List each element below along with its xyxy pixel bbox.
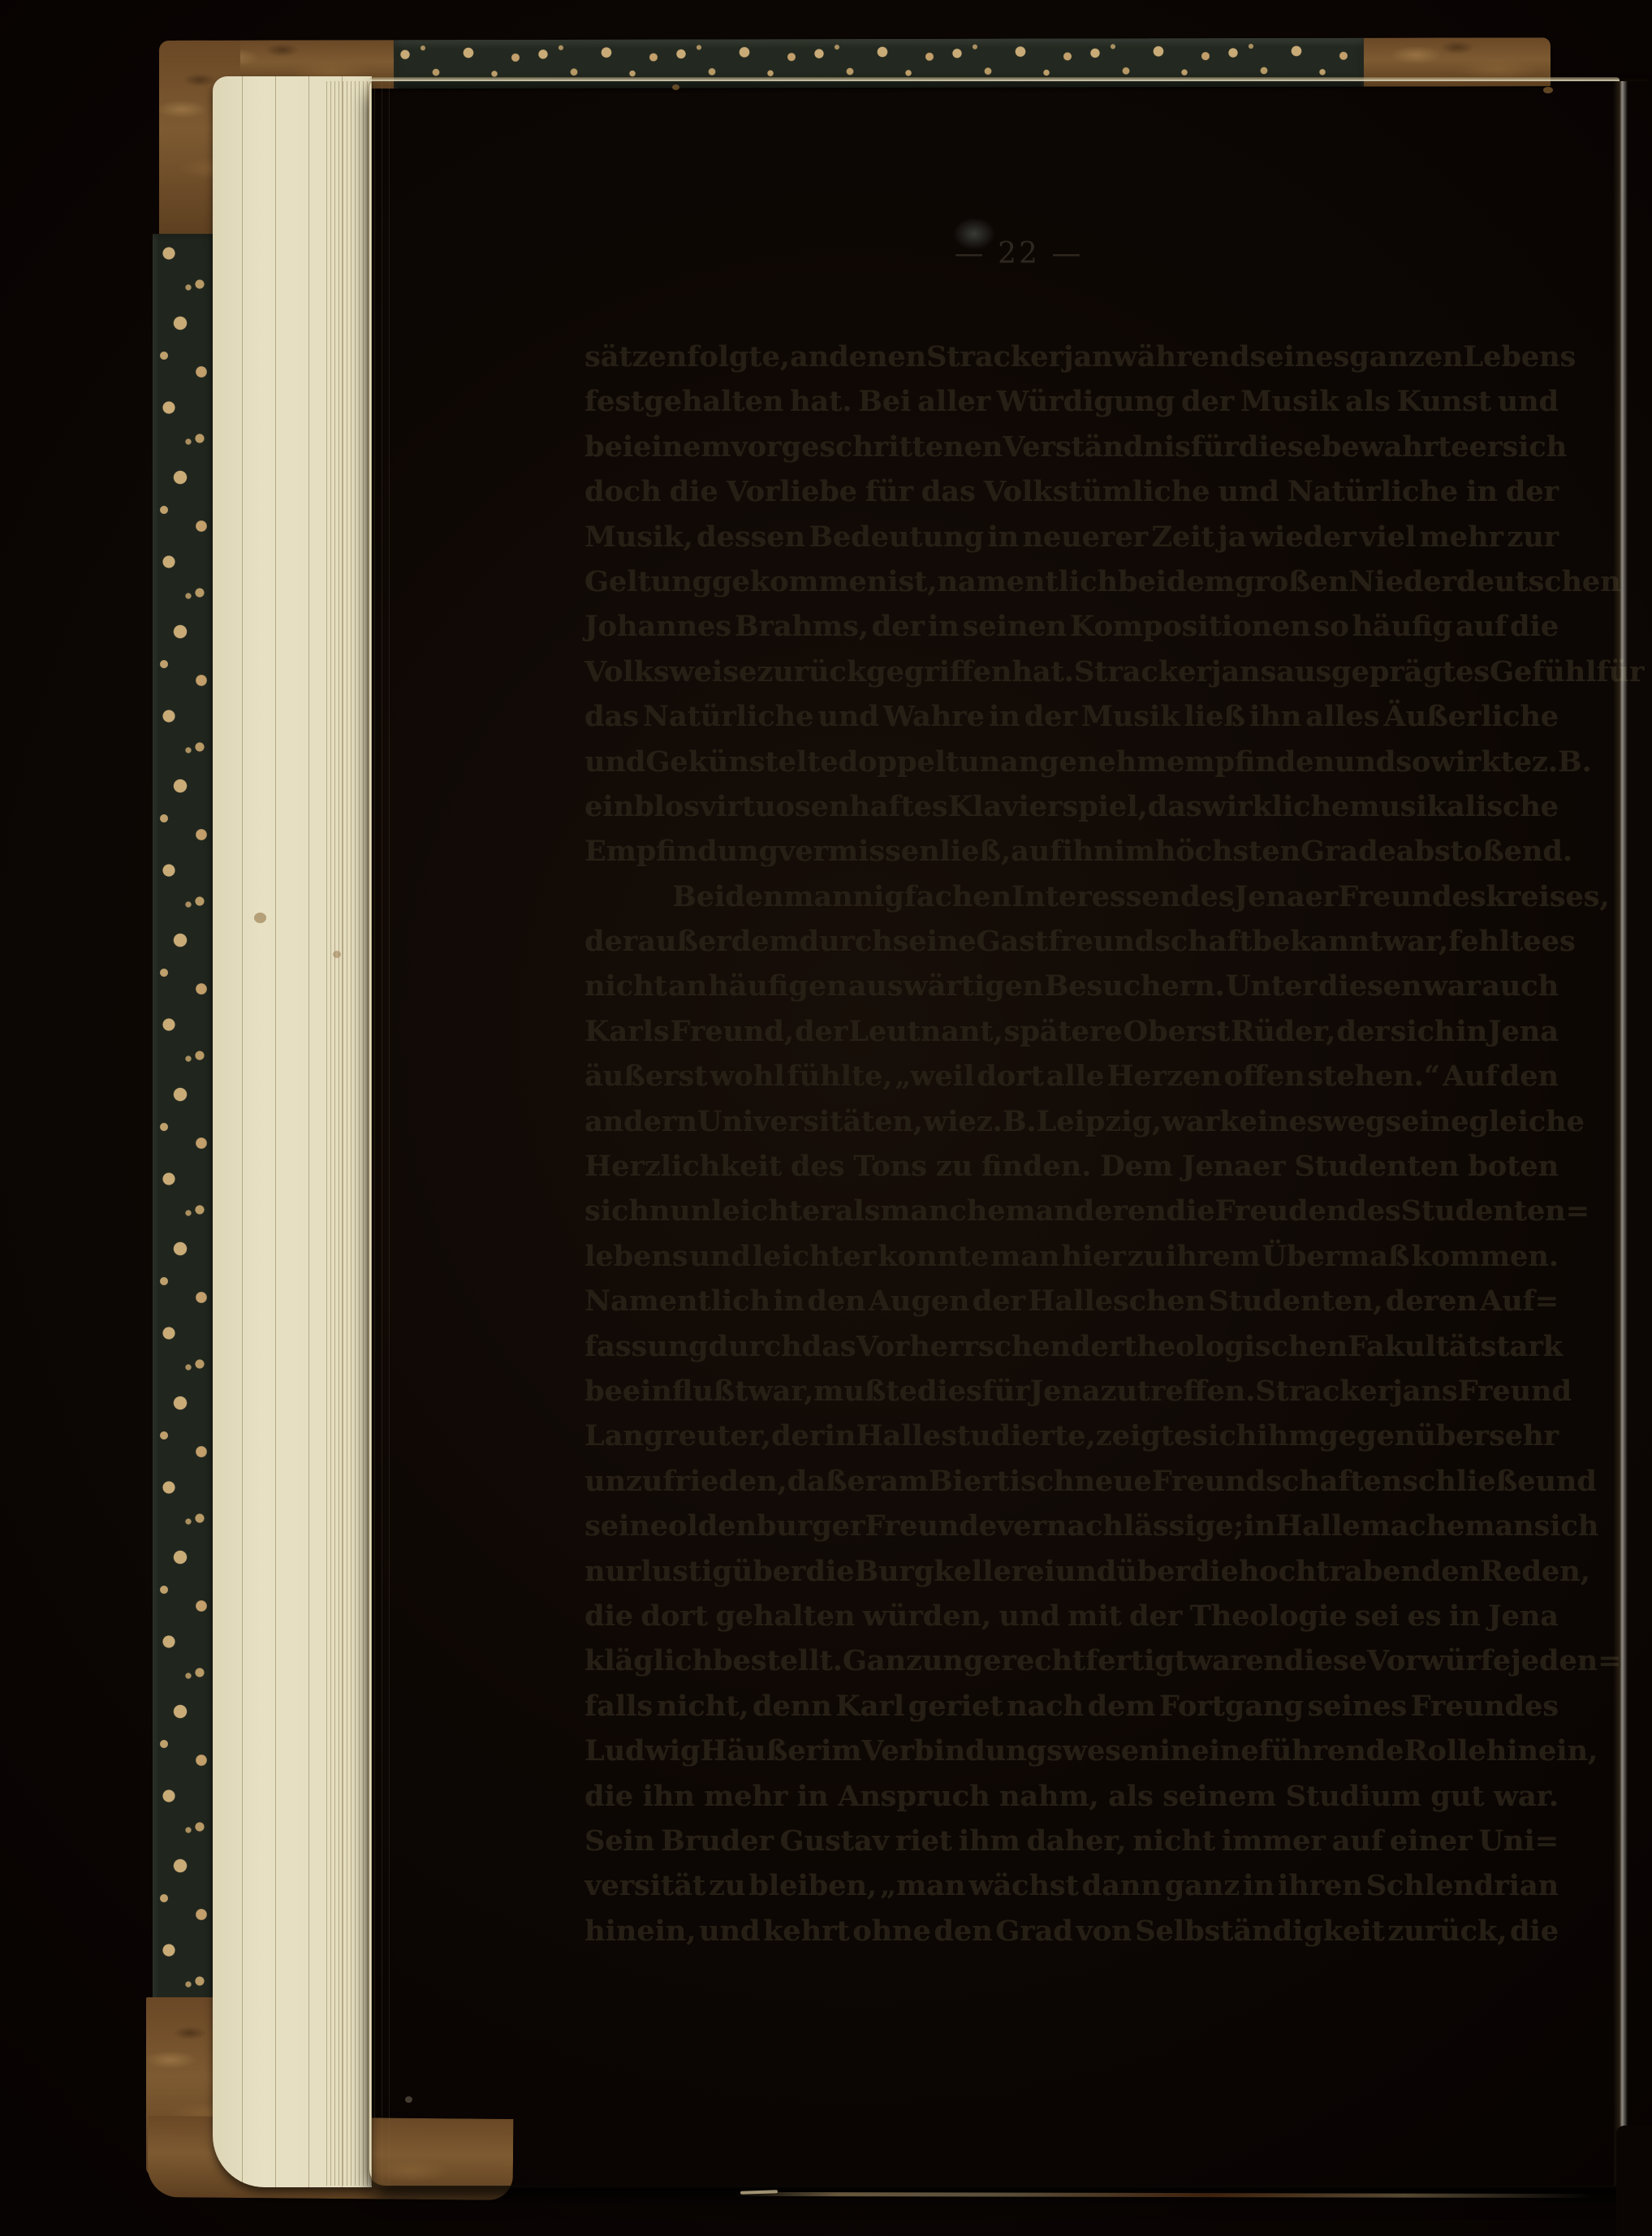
text-line-26: unzufrieden,daßeramBiertischneueFreundsc… bbox=[584, 1459, 1559, 1504]
text-line-6: Geltunggekommenist,namentlichbeidemgroße… bbox=[584, 559, 1559, 604]
text-line-25: Langreuter,derinHallestudierte,zeigtesic… bbox=[584, 1414, 1559, 1458]
text-line-36: hinein,undkehrtohnedenGradvonSelbständig… bbox=[584, 1909, 1559, 1953]
text-line-29: diedortgehaltenwürden,undmitderTheologie… bbox=[584, 1594, 1559, 1638]
bottom-board-glint bbox=[735, 2192, 1594, 2198]
text-line-9: dasNatürlicheundWahreinderMusikließihnal… bbox=[584, 694, 1559, 739]
text-line-12: Empfindungvermissenließ,aufihnimhöchsten… bbox=[584, 829, 1559, 874]
text-line-33: dieihnmehrinAnspruchnahm,alsseinemStudiu… bbox=[584, 1774, 1559, 1819]
text-line-3: beieinemvorgeschrittenenVerständnisfürdi… bbox=[584, 425, 1559, 469]
text-line-2: festgehaltenhat.BeiallerWürdigungderMusi… bbox=[584, 379, 1559, 424]
dirt-speck bbox=[672, 84, 679, 90]
book-scan-photo: — 22 — sätzenfolgte,andenenStrackerjanwä… bbox=[0, 0, 1652, 2236]
text-line-4: dochdieVorliebefürdasVolkstümlicheundNat… bbox=[584, 469, 1559, 514]
text-line-28: nurlustigüberdieBurgkellereiundüberdieho… bbox=[584, 1549, 1559, 1594]
text-line-19: HerzlichkeitdesTonszufinden.DemJenaerStu… bbox=[584, 1144, 1559, 1189]
text-line-32: LudwigHäußerimVerbindungswesenineineführ… bbox=[584, 1729, 1559, 1773]
text-line-22: NamentlichindenAugenderHalleschenStudent… bbox=[584, 1279, 1559, 1323]
page-fore-edge-stack bbox=[213, 76, 372, 2187]
ink-smudge bbox=[953, 218, 995, 250]
text-line-21: lebensundleichterkonntemanhierzuihremÜbe… bbox=[584, 1234, 1559, 1279]
text-line-1: sätzenfolgte,andenenStrackerjanwährendse… bbox=[584, 335, 1559, 379]
marbled-board-left-edge bbox=[153, 234, 219, 2004]
page-corner-shadow bbox=[1616, 2126, 1652, 2236]
text-line-34: SeinBruderGustavrietihmdaher,nichtimmera… bbox=[584, 1819, 1559, 1863]
text-line-24: beeinflußtwar,mußtediesfürJenazutreffen.… bbox=[584, 1369, 1559, 1414]
text-line-7: JohannesBrahms,derinseinenKompositionens… bbox=[584, 604, 1559, 649]
text-line-11: einblosvirtuosenhaftesKlavierspiel,daswi… bbox=[584, 784, 1559, 829]
dirt-speck bbox=[1543, 87, 1553, 93]
foxing-spot bbox=[405, 2096, 412, 2103]
page-text-block: sätzenfolgte,andenenStrackerjanwährendse… bbox=[584, 335, 1559, 1953]
text-line-5: Musik,dessenBedeutunginneuererZeitjawied… bbox=[584, 515, 1559, 559]
text-line-27: seineoldenburgerFreundevernachlässige;in… bbox=[584, 1504, 1559, 1548]
book-page: — 22 — sätzenfolgte,andenenStrackerjanwä… bbox=[369, 81, 1652, 2186]
text-line-8: Volksweisezurückgegriffenhat.Strackerjan… bbox=[584, 650, 1559, 694]
foxing-spot bbox=[254, 913, 266, 923]
text-line-35: versitätzubleiben,„manwächstdannganzinih… bbox=[584, 1863, 1559, 1908]
text-line-18: andernUniversitäten,wiez.B.Leipzig,warke… bbox=[584, 1099, 1559, 1144]
text-line-13: BeidenmannigfachenInteressendesJenaerFre… bbox=[584, 874, 1559, 919]
text-line-23: fassungdurchdasVorherrschendertheologisc… bbox=[584, 1324, 1559, 1369]
under-page-edge-lines bbox=[374, 81, 395, 2186]
text-line-16: KarlsFreund,derLeutnant,spätereOberstRüd… bbox=[584, 1009, 1559, 1054]
text-line-15: nichtanhäufigenauswärtigenBesuchern.Unte… bbox=[584, 964, 1559, 1008]
foxing-spot bbox=[333, 951, 341, 958]
text-line-31: fallsnicht,dennKarlgerietnachdemFortgang… bbox=[584, 1684, 1559, 1729]
text-line-20: sichnunleichteralsmanchemanderendieFreud… bbox=[584, 1189, 1559, 1233]
text-line-30: kläglichbestellt.Ganzungerechtfertigtwar… bbox=[584, 1638, 1559, 1683]
text-line-14: deraußerdemdurchseineGastfreundschaftbek… bbox=[584, 919, 1559, 964]
text-line-10: undGekünsteltedoppeltunangenehmempfinden… bbox=[584, 740, 1559, 784]
text-line-17: äußerstwohlfühlte,„weildortalleHerzenoff… bbox=[584, 1054, 1559, 1099]
